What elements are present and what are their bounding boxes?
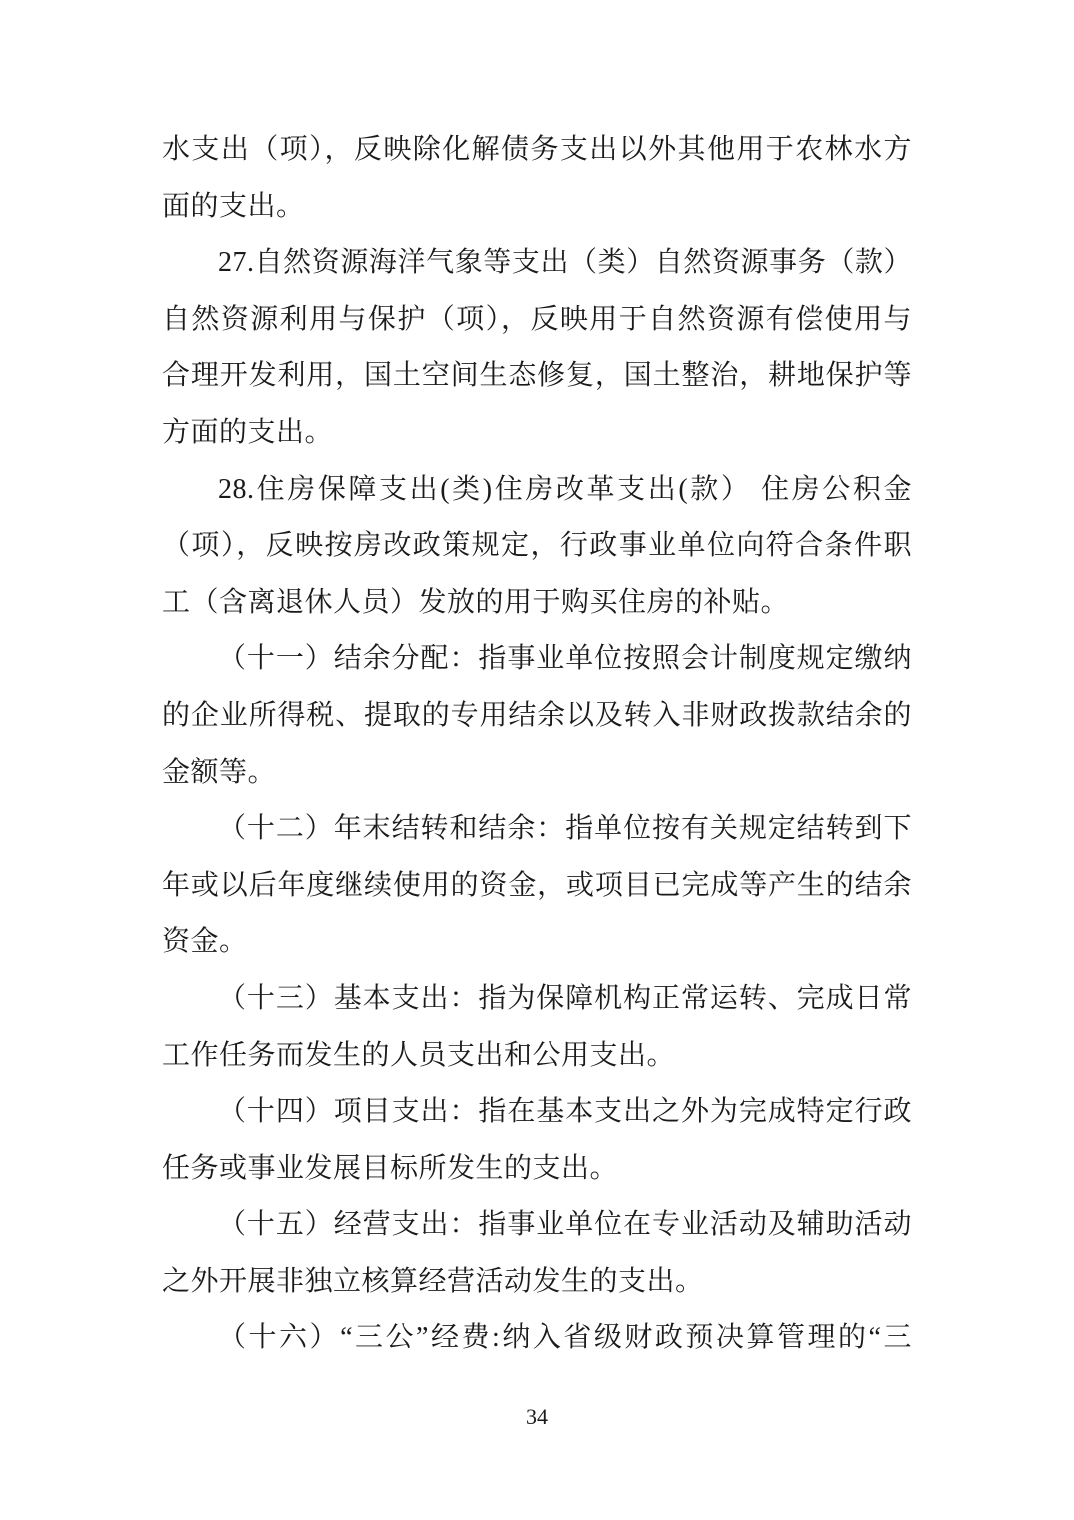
text-line: 的企业所得税、提取的专用结余以及转入非财政拨款结余的 — [162, 688, 912, 745]
text-line: （十二）年末结转和结余：指单位按有关规定结转到下 — [162, 801, 912, 858]
text-line: （项），反映按房改政策规定，行政事业单位向符合条件职 — [162, 518, 912, 575]
text-line: 工（含离退休人员）发放的用于购买住房的补贴。 — [162, 575, 912, 632]
text-line: 任务或事业发展目标所发生的支出。 — [162, 1141, 912, 1198]
text-line: 金额等。 — [162, 745, 912, 802]
document-page: 水支出（项），反映除化解债务支出以外其他用于农林水方面的支出。27.自然资源海洋… — [0, 0, 1074, 1520]
text-line: 28.住房保障支出(类)住房改革支出(款） 住房公积金 — [162, 462, 912, 519]
text-line: 工作任务而发生的人员支出和公用支出。 — [162, 1028, 912, 1085]
text-line: 自然资源利用与保护（项），反映用于自然资源有偿使用与 — [162, 292, 912, 349]
text-line: 面的支出。 — [162, 179, 912, 236]
text-line: 年或以后年度继续使用的资金，或项目已完成等产生的结余 — [162, 858, 912, 915]
text-line: （十四）项目支出：指在基本支出之外为完成特定行政 — [162, 1084, 912, 1141]
document-body: 水支出（项），反映除化解债务支出以外其他用于农林水方面的支出。27.自然资源海洋… — [162, 122, 912, 1367]
text-line: 水支出（项），反映除化解债务支出以外其他用于农林水方 — [162, 122, 912, 179]
text-line: 之外开展非独立核算经营活动发生的支出。 — [162, 1254, 912, 1311]
text-line: （十五）经营支出：指事业单位在专业活动及辅助活动 — [162, 1197, 912, 1254]
text-line: 27.自然资源海洋气象等支出（类）自然资源事务（款） — [162, 235, 912, 292]
text-line: 资金。 — [162, 914, 912, 971]
page-number: 34 — [0, 1402, 1074, 1432]
text-line: （十三）基本支出：指为保障机构正常运转、完成日常 — [162, 971, 912, 1028]
text-line: （十六）“三公”经费:纳入省级财政预决算管理的“三 — [162, 1310, 912, 1367]
text-line: （十一）结余分配：指事业单位按照会计制度规定缴纳 — [162, 631, 912, 688]
text-line: 方面的支出。 — [162, 405, 912, 462]
text-line: 合理开发利用，国土空间生态修复，国土整治，耕地保护等 — [162, 348, 912, 405]
